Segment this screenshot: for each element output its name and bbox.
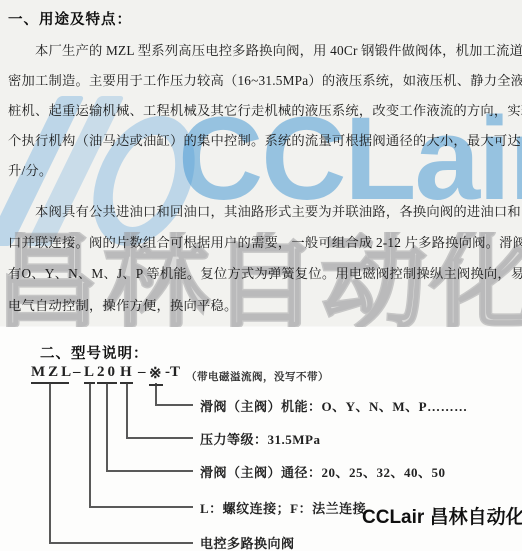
model-code-segment-relief: -T xyxy=(165,364,180,381)
body-line: 桩机、起重运输机械、工程机械及其它行走机械的液压系统，改变工作液流的方向，实现多 xyxy=(8,96,518,126)
model-code-segment-pressure: H xyxy=(120,364,133,384)
body-line: 密加工制造。主要用于工作压力较高（16~31.5MPa）的液压系统，如液压机、静… xyxy=(8,66,518,96)
body-line: 有O、Y、N、M、J、P 等机能。复位方式为弹簧复位。用电磁阀控制操纵主阀换向，… xyxy=(8,259,518,289)
callout-connector xyxy=(126,383,128,437)
callout-connector xyxy=(155,404,193,406)
body-line: 电气自动控制，操作方便，换向平稳。 xyxy=(8,291,518,321)
callout-connector xyxy=(89,506,193,508)
model-code-dash: – xyxy=(73,364,81,381)
model-code-segment-diameter: 20 xyxy=(97,364,117,384)
callout-connector xyxy=(49,383,51,542)
model-code-segment-series: MZL xyxy=(31,364,69,384)
body-line: 口并联连接。阀的片数组合可根据用户的需要，一般可组合成 2-12 片多路换向阀。… xyxy=(8,228,518,258)
callout-label-diameter: 滑阀（主阀）通径：20、25、32、40、50 xyxy=(200,462,446,481)
body-line: 升/分。 xyxy=(8,156,518,186)
body-line: 本厂生产的 MZL 型系列高压电控多路换向阀，用 40Cr 钢锻件做阀体，机加工… xyxy=(8,36,518,66)
model-code-dash: – xyxy=(138,364,146,381)
model-code-note: （带电磁溢流阀，没写不带） xyxy=(186,369,329,384)
callout-label-valve-type: 电控多路换向阀 xyxy=(200,533,295,551)
model-code-segment-connection: L xyxy=(84,364,95,384)
callout-connector xyxy=(89,383,91,506)
body-line: 本阀具有公共进油口和回油口，其油路形式主要为并联油路，各换向阀的进油口和回油 xyxy=(8,197,518,227)
callout-label-pressure: 压力等级：31.5MPa xyxy=(200,429,320,448)
brand-text: CCLair 昌林自动化 xyxy=(362,502,522,529)
document-content: 一、用途及特点： 本厂生产的 MZL 型系列高压电控多路换向阀，用 40Cr 钢… xyxy=(0,0,522,551)
callout-label-function: 滑阀（主阀）机能：O、Y、N、M、P……… xyxy=(200,396,468,415)
document-page: CCLair 昌林自动化 一、用途及特点： 本厂生产的 MZL 型系列高压电控多… xyxy=(0,0,522,551)
body-line: 个执行机构（油马达或油缸）的集中控制。系统的流量可根据阀通径的大小，最大可达15… xyxy=(8,126,518,156)
callout-label-connection: L：螺纹连接；F：法兰连接 xyxy=(200,498,366,517)
section1-heading: 一、用途及特点： xyxy=(8,8,132,29)
callout-connector xyxy=(126,437,193,439)
callout-connector xyxy=(106,470,193,472)
callout-connector xyxy=(49,542,193,544)
section2-heading: 二、型号说明： xyxy=(40,342,149,363)
callout-connector xyxy=(106,383,108,470)
callout-connector xyxy=(155,383,157,404)
